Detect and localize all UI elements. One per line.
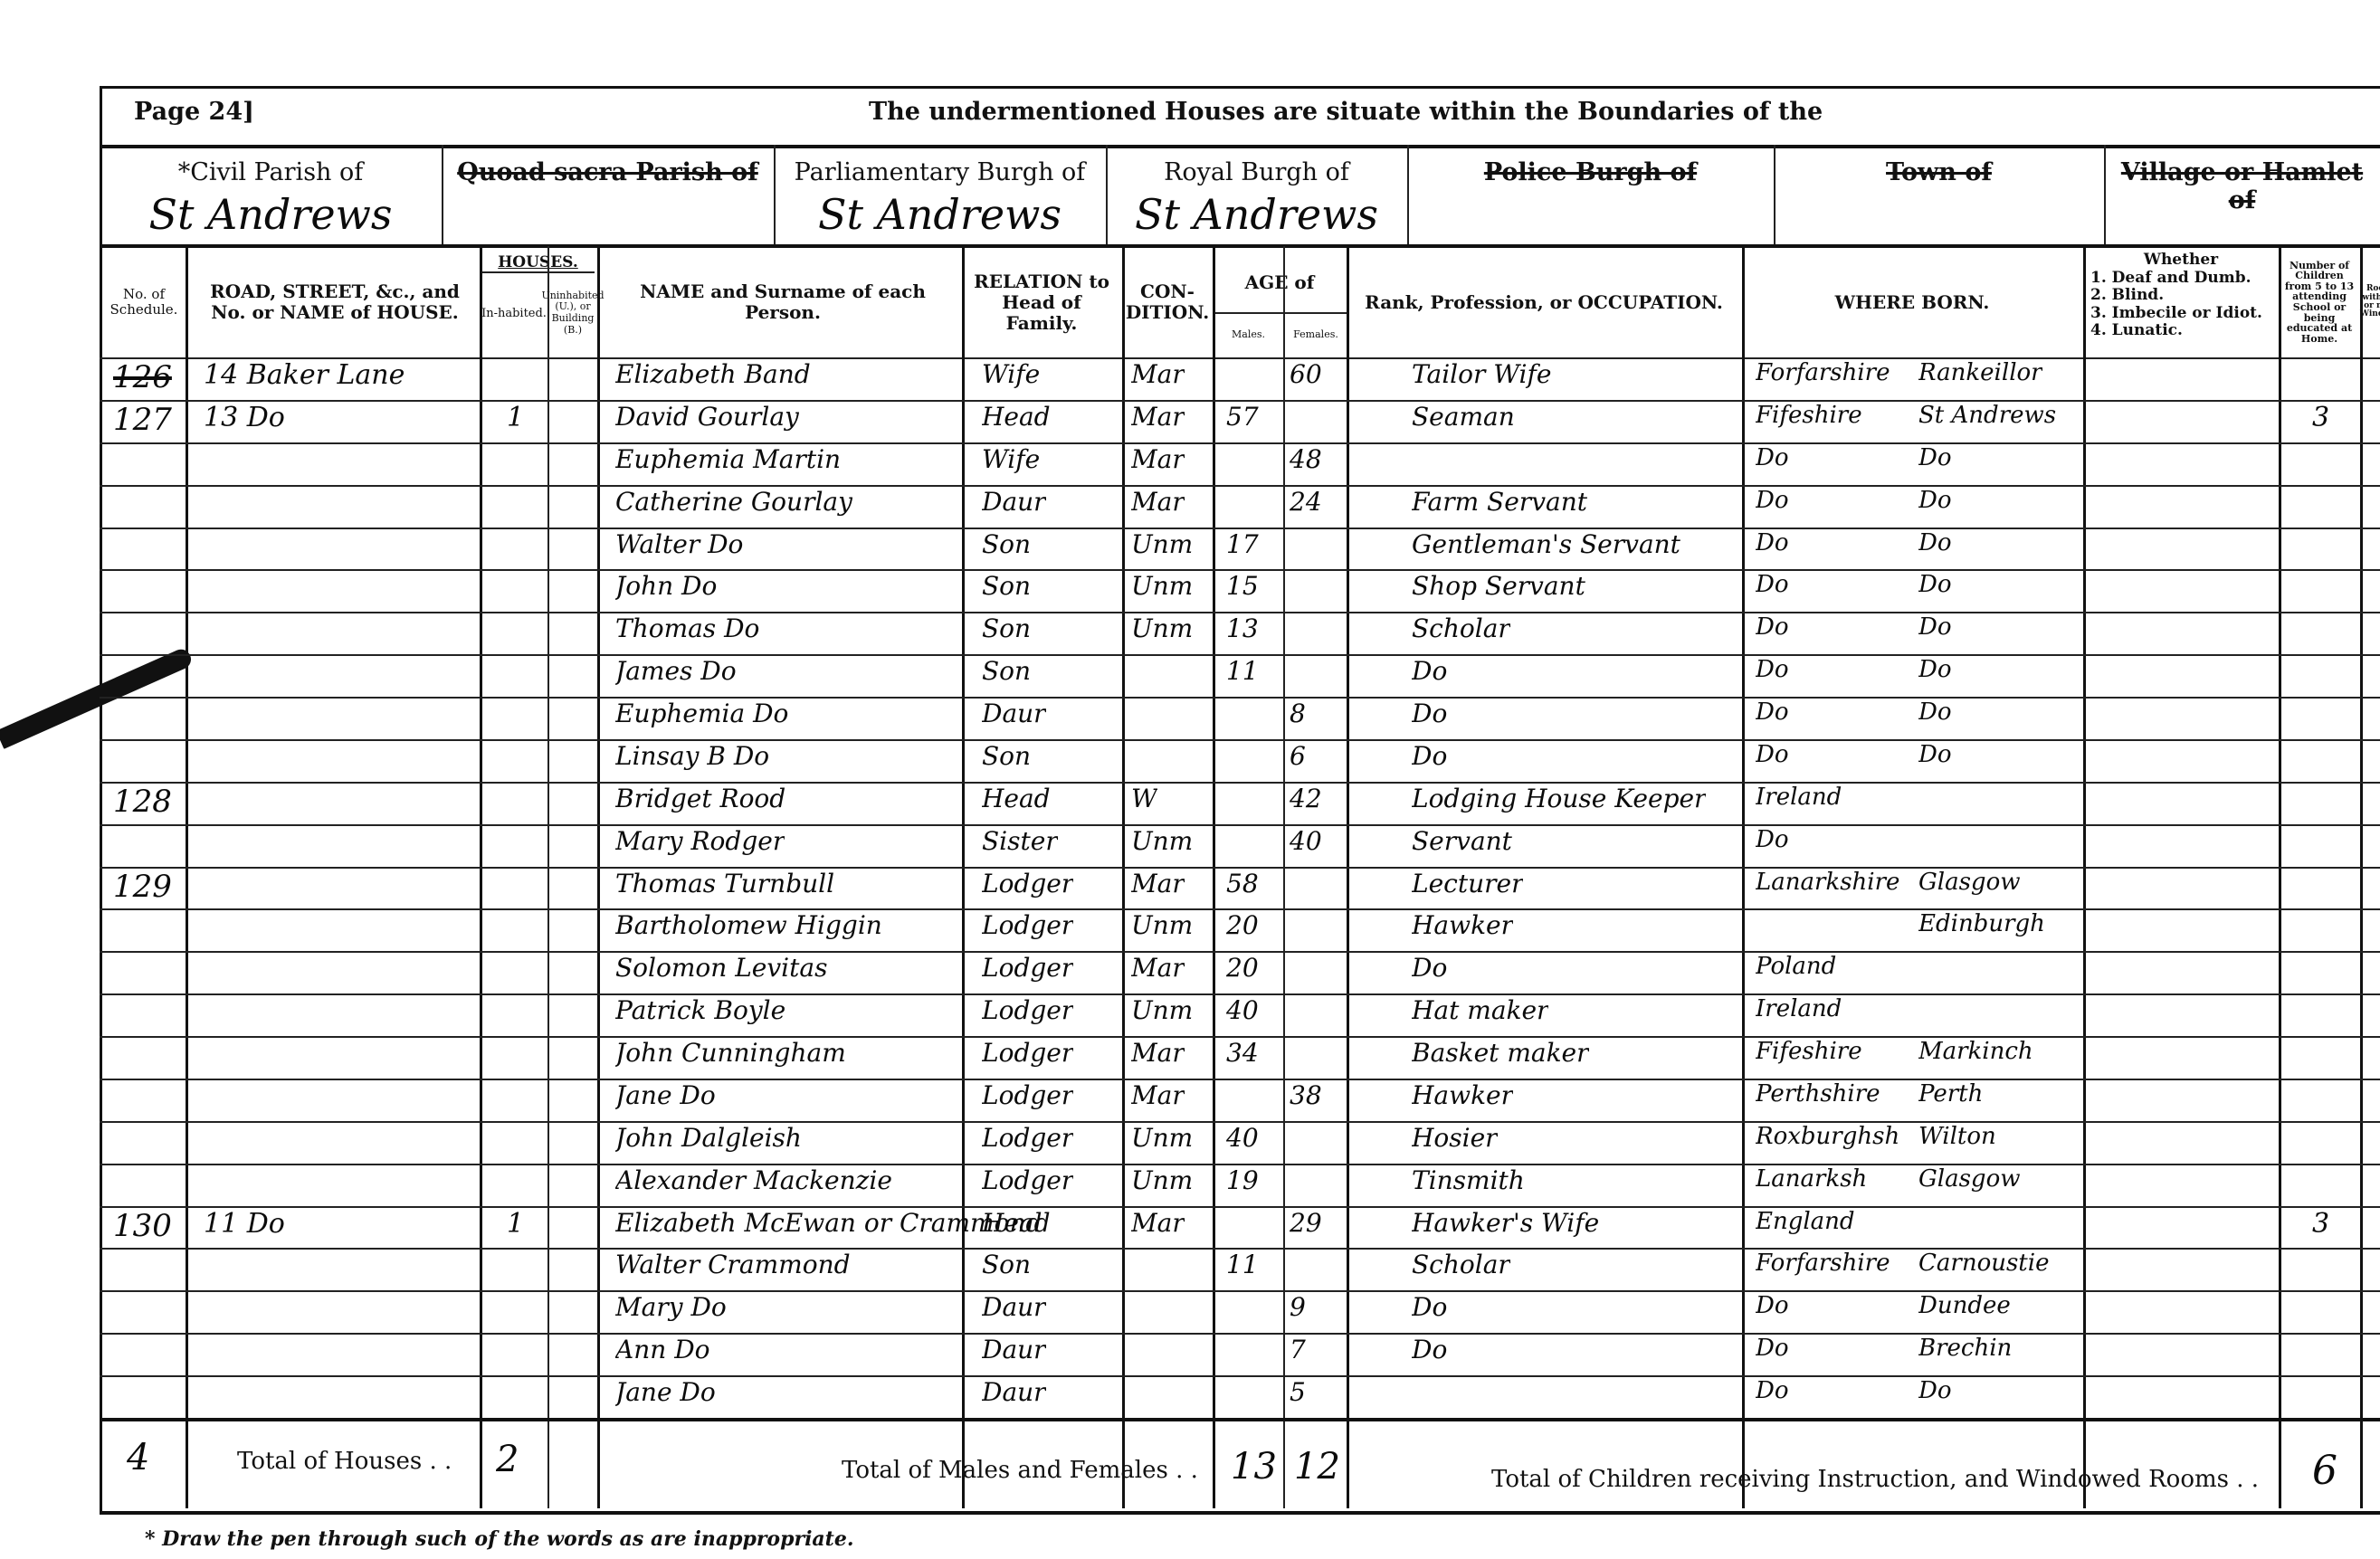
relation-cell: Son [982,741,1031,771]
condition-cell: Mar [1131,953,1185,983]
occupation-cell: Gentleman's Servant [1412,529,1680,559]
divider [100,1418,2380,1421]
born-county-cell: Do [1756,487,1789,514]
male-age-cell: 15 [1226,571,1259,601]
relation-cell: Lodger [982,995,1073,1025]
schedule-cell: 126 [113,359,172,395]
boundary-label: Police Burgh of [1407,158,1774,186]
table-row: Ann DoDaur7DoDoBrechin [0,1333,2380,1375]
boundary-label: Parliamentary Burgh of [774,158,1106,186]
born-county-cell: Do [1756,699,1789,726]
condition-cell: Unm [1131,1165,1193,1195]
name-cell: Thomas Turnbull [615,869,834,898]
table-row: Alexander MackenzieLodgerUnm19TinsmithLa… [0,1164,2380,1206]
condition-cell: Unm [1131,910,1193,940]
children-cell: 3 [2312,1208,2329,1240]
condition-cell: Mar [1131,1208,1185,1238]
name-cell: John Cunningham [615,1038,846,1068]
table-row: Jane DoDaur5DoDo [0,1375,2380,1418]
male-age-cell: 40 [1226,1123,1259,1153]
table-row: John DalgleishLodgerUnm40HosierRoxburghs… [0,1121,2380,1164]
name-cell: Jane Do [615,1377,716,1407]
male-age-cell: 13 [1226,613,1259,643]
born-county-cell: Poland [1756,953,1836,980]
total-males: 13 [1231,1446,1277,1488]
born-place-cell: Do [1918,741,1952,768]
male-age-cell: 11 [1226,1250,1259,1279]
schedule-cell: 130 [113,1208,172,1244]
table-row: Patrick BoyleLodgerUnm40Hat makerIreland [0,993,2380,1036]
table-row: John CunninghamLodgerMar34Basket makerFi… [0,1036,2380,1079]
name-cell: David Gourlay [615,402,799,432]
col-males: Males. [1214,321,1282,348]
born-county-cell: Do [1756,1335,1789,1362]
male-age-cell: 20 [1226,953,1259,983]
table-row: Walter CrammondSon11ScholarForfarshireCa… [0,1248,2380,1290]
col-females: Females. [1285,321,1347,348]
occupation-cell: Do [1412,1292,1447,1322]
occupation-cell: Hosier [1412,1123,1498,1153]
occupation-cell: Lecturer [1412,869,1523,898]
boundary-value: St Andrews [1106,190,1407,239]
table-row: Euphemia DoDaur8DoDoDo [0,697,2380,739]
relation-cell: Wife [982,359,1040,389]
total-persons-label: Total of Males and Females . . [842,1457,1198,1484]
born-place-cell: Dundee [1918,1292,2011,1319]
table-row: 12614 Baker LaneElizabeth BandWifeMar60T… [0,357,2380,400]
name-cell: Mary Do [615,1292,727,1322]
born-place-cell: Do [1918,656,1952,683]
name-cell: Thomas Do [615,613,759,643]
born-county-cell: Lanarksh [1756,1165,1867,1193]
schedule-cell: 129 [113,869,172,905]
male-age-cell: 57 [1226,402,1259,432]
name-cell: John Do [615,571,717,601]
col-whether: Whether 1. Deaf and Dumb.2. Blind.3. Imb… [2090,252,2271,340]
born-place-cell: Do [1918,444,1952,471]
table-row: John DoSonUnm15Shop ServantDoDo [0,569,2380,612]
born-place-cell: Do [1918,699,1952,726]
condition-cell: Mar [1131,359,1185,389]
female-age-cell: 60 [1290,359,1322,389]
road-cell: 14 Baker Lane [204,359,405,391]
divider [1214,312,1347,314]
born-place-cell: Do [1918,529,1952,556]
relation-cell: Lodger [982,1165,1073,1195]
table-row: Jane DoLodgerMar38HawkerPerthshirePerth [0,1079,2380,1121]
female-age-cell: 7 [1290,1335,1306,1364]
table-row: 13011 Do1Elizabeth McEwan or CrammondHea… [0,1206,2380,1249]
table-row: 12713 Do1David GourlayHeadMar57SeamanFif… [0,400,2380,442]
table-row: Euphemia MartinWifeMar48DoDo [0,442,2380,485]
born-county-cell: Perthshire [1756,1080,1880,1107]
occupation-cell: Tailor Wife [1412,359,1551,389]
female-age-cell: 29 [1290,1208,1322,1238]
condition-cell: Mar [1131,402,1185,432]
table-row: 128Bridget RoodHeadW42Lodging House Keep… [0,782,2380,824]
condition-cell: Mar [1131,1038,1185,1068]
relation-cell: Lodger [982,1038,1073,1068]
born-county-cell: Do [1756,741,1789,768]
name-cell: Walter Crammond [615,1250,851,1279]
occupation-cell: Do [1412,656,1447,686]
female-age-cell: 24 [1290,487,1322,517]
born-place-cell: Do [1918,1377,1952,1404]
occupation-cell: Basket maker [1412,1038,1589,1068]
name-cell: Patrick Boyle [615,995,785,1025]
name-cell: Solomon Levitas [615,953,827,983]
born-place-cell: Rankeillor [1918,359,2042,386]
condition-cell: W [1131,784,1157,813]
whether-item: 4. Lunatic. [2090,322,2271,340]
relation-cell: Lodger [982,1123,1073,1153]
female-age-cell: 42 [1290,784,1322,813]
male-age-cell: 20 [1226,910,1259,940]
occupation-cell: Shop Servant [1412,571,1585,601]
occupation-cell: Servant [1412,826,1512,856]
col-where-born: WHERE BORN. [1744,252,2080,353]
relation-cell: Daur [982,487,1046,517]
name-cell: Elizabeth McEwan or Crammond [615,1208,1042,1238]
col-children: Number of Children from 5 to 13 attendin… [2280,252,2358,353]
occupation-cell: Seaman [1412,402,1515,432]
road-cell: 11 Do [204,1208,285,1240]
relation-cell: Daur [982,1377,1046,1407]
occupation-cell: Farm Servant [1412,487,1587,517]
female-age-cell: 5 [1290,1377,1306,1407]
born-county-cell: Fifeshire [1756,402,1862,429]
occupation-cell: Do [1412,699,1447,728]
total-schedules: 4 [127,1437,149,1478]
female-age-cell: 9 [1290,1292,1306,1322]
male-age-cell: 40 [1226,995,1259,1025]
relation-cell: Head [982,784,1051,813]
boundary-value: St Andrews [100,190,442,239]
condition-cell: Mar [1131,487,1185,517]
condition-cell: Unm [1131,529,1193,559]
boundary-label: *Civil Parish of [100,158,442,186]
occupation-cell: Do [1412,953,1447,983]
whether-list: 1. Deaf and Dumb.2. Blind.3. Imbecile or… [2090,270,2271,340]
condition-cell: Mar [1131,444,1185,474]
name-cell: Linsay B Do [615,741,769,771]
condition-cell: Unm [1131,613,1193,643]
inhabited-cell: 1 [507,1208,524,1240]
born-county-cell: Forfarshire [1756,1250,1890,1277]
condition-cell: Unm [1131,995,1193,1025]
relation-cell: Wife [982,444,1040,474]
whether-item: 1. Deaf and Dumb. [2090,270,2271,288]
born-county-cell: Do [1756,444,1789,471]
born-county-cell: Fifeshire [1756,1038,1862,1065]
table-row: Linsay B DoSon6DoDoDo [0,739,2380,782]
born-county-cell: Ireland [1756,784,1842,811]
road-cell: 13 Do [204,402,285,433]
col-age: AGE of [1214,258,1345,308]
total-children: 6 [2312,1448,2337,1494]
divider [100,244,2380,248]
name-cell: Euphemia Do [615,699,788,728]
boundary-label: Quoad sacra Parish of [442,158,774,186]
female-age-cell: 40 [1290,826,1322,856]
name-cell: Catherine Gourlay [615,487,852,517]
born-county-cell: Forfarshire [1756,359,1890,386]
col-uninhabited: Uninhabited (U.), or Building (B.) [549,271,596,355]
born-place-cell: Glasgow [1918,1165,2020,1193]
relation-cell: Son [982,656,1031,686]
born-place-cell: Markinch [1918,1038,2033,1065]
table-row: Mary RodgerSisterUnm40ServantDo [0,824,2380,867]
col-relation: RELATION to Head of Family. [964,252,1119,353]
relation-cell: Head [982,1208,1051,1238]
born-county-cell: Do [1756,1377,1789,1404]
relation-cell: Son [982,1250,1031,1279]
born-place-cell: Glasgow [1918,869,2020,896]
female-age-cell: 48 [1290,444,1322,474]
condition-cell: Unm [1131,571,1193,601]
relation-cell: Lodger [982,869,1073,898]
table-row: 129Thomas TurnbullLodgerMar58LecturerLan… [0,867,2380,909]
female-age-cell: 38 [1290,1080,1322,1110]
schedule-cell: 128 [113,784,172,820]
children-cell: 3 [2312,402,2329,433]
col-road: ROAD, STREET, &c., and No. or NAME of HO… [195,252,475,353]
born-county-cell: Do [1756,656,1789,683]
col-schedule: No. of Schedule. [102,252,186,353]
total-females: 12 [1294,1446,1340,1488]
male-age-cell: 19 [1226,1165,1259,1195]
relation-cell: Daur [982,1292,1046,1322]
col-condition: CON-DITION. [1124,252,1211,353]
occupation-cell: Do [1412,1335,1447,1364]
male-age-cell: 34 [1226,1038,1259,1068]
born-county-cell: Ireland [1756,995,1842,1022]
male-age-cell: 58 [1226,869,1259,898]
whether-item: 2. Blind. [2090,287,2271,305]
born-place-cell: Do [1918,613,1952,641]
name-cell: Euphemia Martin [615,444,841,474]
born-place-cell: Do [1918,571,1952,598]
total-houses: 2 [496,1439,519,1480]
occupation-cell: Hawker's Wife [1412,1208,1599,1238]
name-cell: Ann Do [615,1335,710,1364]
name-cell: Walter Do [615,529,743,559]
col-name: NAME and Surname of each Person. [606,252,959,353]
table-row: Thomas DoSonUnm13ScholarDoDo [0,612,2380,654]
born-place-cell: Edinburgh [1918,910,2045,937]
occupation-cell: Tinsmith [1412,1165,1525,1195]
boundary-label: Village or Hamlet of [2104,158,2380,214]
boundary-label: Royal Burgh of [1106,158,1407,186]
born-county-cell: England [1756,1208,1855,1235]
occupation-cell: Hawker [1412,1080,1513,1110]
table-row: Mary DoDaur9DoDoDundee [0,1290,2380,1333]
banner-heading: The undermentioned Houses are situate wi… [869,98,1823,126]
total-children-label: Total of Children receiving Instruction,… [1491,1466,2259,1493]
total-houses-label: Total of Houses . . [237,1448,452,1475]
condition-cell: Mar [1131,869,1185,898]
relation-cell: Sister [982,826,1058,856]
table-row: Bartholomew HigginLodgerUnm20HawkerEdinb… [0,908,2380,951]
born-place-cell: Brechin [1918,1335,2012,1362]
occupation-cell: Scholar [1412,613,1510,643]
footnote: * Draw the pen through such of the words… [145,1527,854,1551]
born-county-cell: Do [1756,571,1789,598]
male-age-cell: 11 [1226,656,1259,686]
born-county-cell: Do [1756,613,1789,641]
inhabited-cell: 1 [507,402,524,433]
born-county-cell: Lanarkshire [1756,869,1899,896]
name-cell: Mary Rodger [615,826,785,856]
relation-cell: Lodger [982,1080,1073,1110]
table-row: Solomon LevitasLodgerMar20DoPoland [0,951,2380,993]
boundary-value: St Andrews [774,190,1106,239]
whether-title: Whether [2090,252,2271,270]
name-cell: Elizabeth Band [615,359,811,389]
relation-cell: Son [982,529,1031,559]
name-cell: John Dalgleish [615,1123,802,1153]
born-place-cell: Wilton [1918,1123,1996,1150]
schedule-cell: 127 [113,402,172,438]
male-age-cell: 17 [1226,529,1259,559]
female-age-cell: 8 [1290,699,1306,728]
col-inhabited: In-habited. [481,276,547,353]
born-place-cell: Perth [1918,1080,1983,1107]
born-county-cell: Do [1756,529,1789,556]
born-county-cell: Do [1756,1292,1789,1319]
relation-cell: Daur [982,699,1046,728]
relation-cell: Son [982,571,1031,601]
boundary-label: Town of [1774,158,2104,186]
whether-item: 3. Imbecile or Idiot. [2090,305,2271,323]
relation-cell: Lodger [982,910,1073,940]
condition-cell: Unm [1131,1123,1193,1153]
table-row: James DoSon11DoDoDo [0,654,2380,697]
occupation-cell: Scholar [1412,1250,1510,1279]
page-number: Page 24] [134,98,254,126]
col-houses: HOUSES. [481,253,595,273]
col-occupation: Rank, Profession, or OCCUPATION. [1348,252,1739,353]
occupation-cell: Hawker [1412,910,1513,940]
relation-cell: Son [982,613,1031,643]
born-place-cell: Do [1918,487,1952,514]
name-cell: Bridget Rood [615,784,785,813]
born-place-cell: Carnoustie [1918,1250,2049,1277]
occupation-cell: Do [1412,741,1447,771]
name-cell: Bartholomew Higgin [615,910,882,940]
name-cell: Jane Do [615,1080,716,1110]
occupation-cell: Hat maker [1412,995,1548,1025]
divider [481,271,595,273]
col-rooms: Rooms with one or more Windows. [2364,252,2380,353]
relation-cell: Head [982,402,1051,432]
condition-cell: Unm [1131,826,1193,856]
relation-cell: Daur [982,1335,1046,1364]
table-row: Walter DoSonUnm17Gentleman's ServantDoDo [0,528,2380,570]
table-row: Catherine GourlayDaurMar24Farm ServantDo… [0,485,2380,528]
female-age-cell: 6 [1290,741,1306,771]
relation-cell: Lodger [982,953,1073,983]
occupation-cell: Lodging House Keeper [1412,784,1706,813]
born-county-cell: Do [1756,826,1789,853]
born-place-cell: St Andrews [1918,402,2056,429]
name-cell: Alexander Mackenzie [615,1165,892,1195]
born-county-cell: Roxburghsh [1756,1123,1899,1150]
condition-cell: Mar [1131,1080,1185,1110]
name-cell: James Do [615,656,737,686]
